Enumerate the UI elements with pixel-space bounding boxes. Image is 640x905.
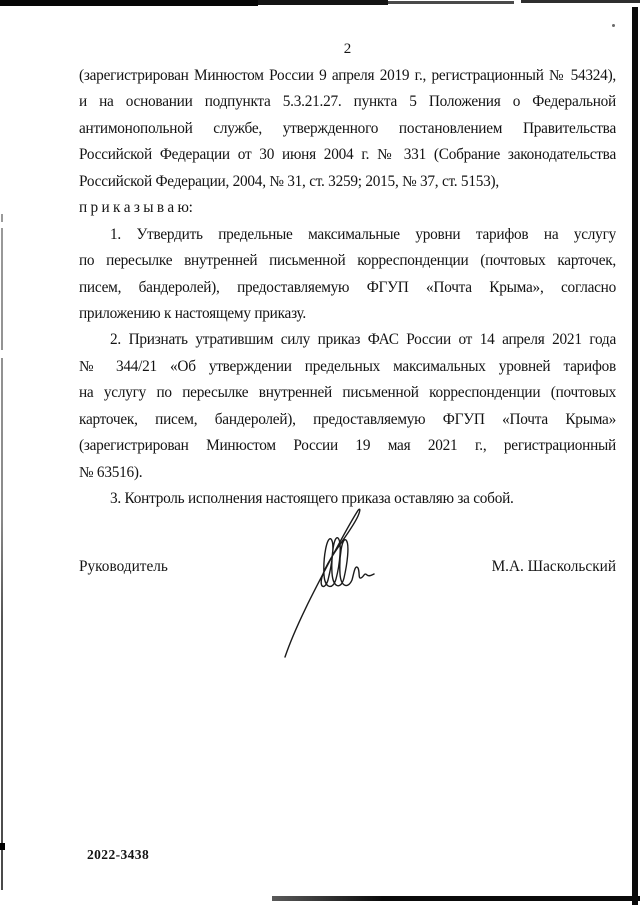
text-line: на услугу по пересылке внутренней письме… [79, 380, 616, 406]
text-line: по пересылке внутренней письменной корре… [79, 248, 616, 274]
scan-artifact-top-edge [388, 1, 514, 4]
text-line: № 63516). [79, 460, 616, 486]
text-line: 1. Утвердить предельные максимальные уро… [79, 222, 616, 248]
text-line: Российской Федерации, 2004, № 31, ст. 32… [79, 169, 616, 195]
handwritten-signature-icon [268, 487, 413, 672]
text-line: (зарегистрирован Минюстом России 9 апрел… [79, 63, 616, 89]
signature-row: Руководитель М.А. Шаскольский [79, 556, 616, 578]
text-line: и на основании подпункта 5.3.21.27. пунк… [79, 89, 616, 115]
text-line: антимонопольной службе, утвержденного по… [79, 116, 616, 142]
scan-artifact-left-gap [0, 350, 4, 358]
scan-artifact-left-edge [1, 214, 3, 890]
page-number: 2 [79, 40, 616, 58]
signer-name: М.А. Шаскольский [492, 556, 616, 578]
document-page: 2 (зарегистрирован Минюстом России 9 апр… [0, 0, 640, 905]
scan-artifact-speck [612, 24, 615, 27]
scan-artifact-left-gap [0, 222, 4, 228]
text-line: № 344/21 «Об утверждении предельных макс… [79, 354, 616, 380]
text-line: (зарегистрирован Минюстом России 19 мая … [79, 433, 616, 459]
scan-artifact-top-edge [0, 0, 258, 6]
scan-artifact-bottom-edge [272, 896, 640, 901]
text-line: приложению к настоящему приказу. [79, 301, 616, 327]
signer-role-label: Руководитель [79, 556, 168, 578]
scan-artifact-left-tick [0, 843, 5, 850]
scan-artifact-top-edge [521, 0, 640, 3]
scan-artifact-top-edge [258, 0, 388, 5]
footer-document-code: 2022-3438 [87, 847, 149, 863]
text-line: карточек, писем, бандеролей), предоставл… [79, 407, 616, 433]
text-line: 2. Признать утратившим силу приказ ФАС Р… [79, 327, 616, 353]
text-line: Российской Федерации от 30 июня 2004 г. … [79, 142, 616, 168]
document-body: (зарегистрирован Минюстом России 9 апрел… [79, 63, 616, 512]
text-line: п р и к а з ы в а ю: [79, 195, 616, 221]
text-line: писем, бандеролей), предоставляемую ФГУП… [79, 275, 616, 301]
scan-artifact-right-edge [632, 7, 638, 905]
